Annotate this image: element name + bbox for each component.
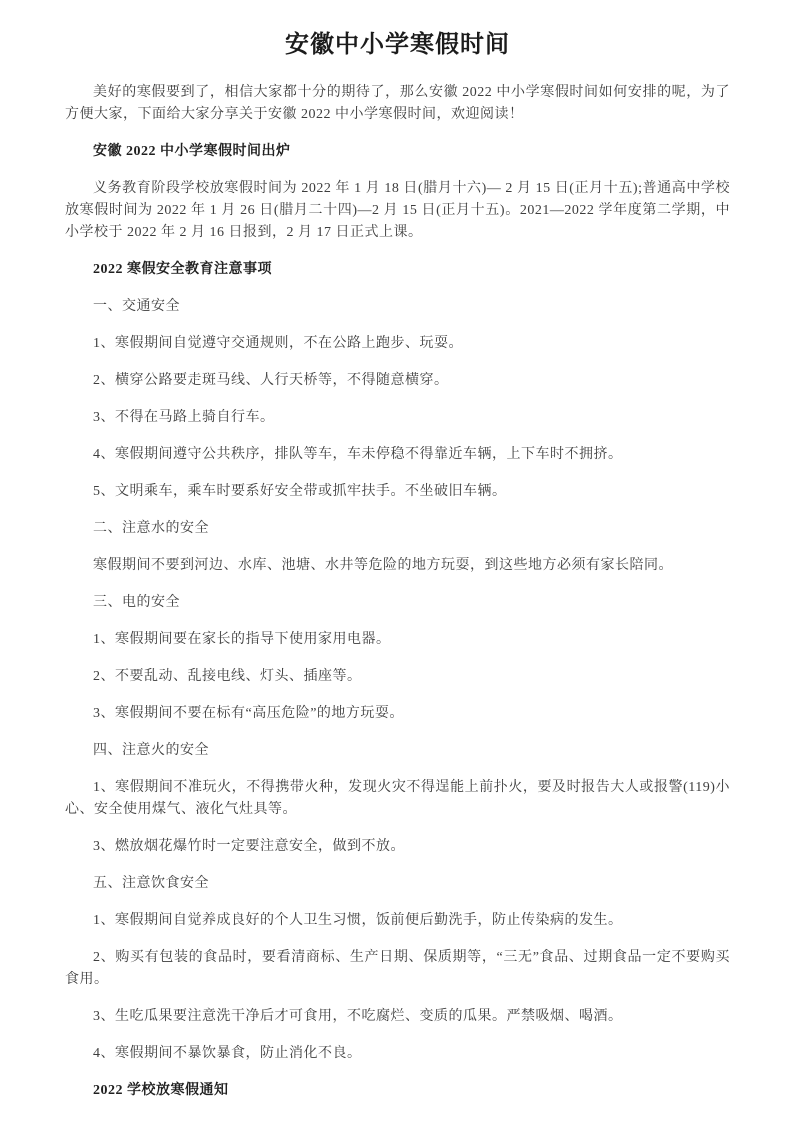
section-heading-vacation-dates: 安徽 2022 中小学寒假时间出炉 [65,141,730,163]
vacation-dates-paragraph: 义务教育阶段学校放寒假时间为 2022 年 1 月 18 日(腊月十六)— 2 … [65,178,730,244]
section-heading-vacation-notice: 2022 学校放寒假通知 [65,1080,730,1102]
electric-item-3: 3、寒假期间不要在标有“高压危险”的地方玩耍。 [65,703,730,725]
water-safety-paragraph: 寒假期间不要到河边、水库、池塘、水井等危险的地方玩耍，到这些地方必须有家长陪同。 [65,555,730,577]
fire-item-3: 3、燃放烟花爆竹时一定要注意安全，做到不放。 [65,836,730,858]
subsection-traffic-safety: 一、交通安全 [65,296,730,318]
food-item-4: 4、寒假期间不暴饮暴食，防止消化不良。 [65,1043,730,1065]
subsection-water-safety: 二、注意水的安全 [65,518,730,540]
traffic-item-3: 3、不得在马路上骑自行车。 [65,407,730,429]
traffic-item-1: 1、寒假期间自觉遵守交通规则，不在公路上跑步、玩耍。 [65,333,730,355]
section-heading-safety-education: 2022 寒假安全教育注意事项 [65,259,730,281]
fire-item-1: 1、寒假期间不准玩火，不得携带火种，发现火灾不得逞能上前扑火，要及时报告大人或报… [65,777,730,821]
electric-item-2: 2、不要乱动、乱接电线、灯头、插座等。 [65,666,730,688]
food-item-2: 2、购买有包装的食品时，要看清商标、生产日期、保质期等，“三无”食品、过期食品一… [65,947,730,991]
subsection-food-safety: 五、注意饮食安全 [65,873,730,895]
electric-item-1: 1、寒假期间要在家长的指导下使用家用电器。 [65,629,730,651]
traffic-item-5: 5、文明乘车，乘车时要系好安全带或抓牢扶手。不坐破旧车辆。 [65,481,730,503]
intro-paragraph: 美好的寒假要到了，相信大家都十分的期待了，那么安徽 2022 中小学寒假时间如何… [65,82,730,126]
document-page: 安徽中小学寒假时间 美好的寒假要到了，相信大家都十分的期待了，那么安徽 2022… [0,0,794,1123]
traffic-item-4: 4、寒假期间遵守公共秩序，排队等车，车未停稳不得靠近车辆，上下车时不拥挤。 [65,444,730,466]
food-item-1: 1、寒假期间自觉养成良好的个人卫生习惯，饭前便后勤洗手，防止传染病的发生。 [65,910,730,932]
traffic-item-2: 2、横穿公路要走斑马线、人行天桥等，不得随意横穿。 [65,370,730,392]
food-item-3: 3、生吃瓜果要注意洗干净后才可食用，不吃腐烂、变质的瓜果。严禁吸烟、喝酒。 [65,1006,730,1028]
page-title: 安徽中小学寒假时间 [65,28,730,62]
subsection-fire-safety: 四、注意火的安全 [65,740,730,762]
subsection-electric-safety: 三、电的安全 [65,592,730,614]
